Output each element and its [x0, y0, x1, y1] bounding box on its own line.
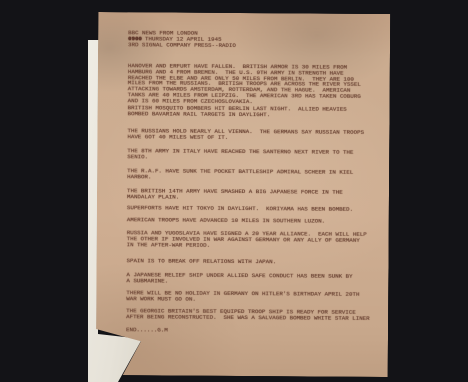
- news-line: AFTER BEING RECONSTRUCTED. SHE WAS A SAL…: [126, 314, 370, 321]
- bulletin-paper: BBC NEWS FROM LONDON 0900THURSDAY 12 APR…: [96, 12, 391, 377]
- news-paragraph: BRITISH MOSQUITO BOMBERS HIT BERLIN LAST…: [128, 105, 347, 118]
- header-line: 3RD SIGNAL COMPANY PRESS--RADIO: [128, 42, 236, 49]
- news-paragraph: AMERICAN TROOPS HAVE ADVANCED 10 MILES I…: [127, 217, 325, 224]
- news-paragraph: THE BRITISH 14TH ARMY HAVE SMASHED A BIG…: [127, 188, 343, 201]
- news-paragraph: SPAIN IS TO BREAK OFF RELATIONS WITH JAP…: [127, 258, 277, 265]
- bulletin-header: BBC NEWS FROM LONDON 0900THURSDAY 12 APR…: [128, 30, 236, 48]
- news-line: AMERICAN TROOPS HAVE ADVANCED 10 MILES I…: [127, 217, 325, 224]
- news-paragraph: SUPERFORTS HAVE HIT TOKYO IN DAYLIGHT. K…: [127, 205, 353, 212]
- news-paragraph: THE RUSSIANS HOLD NEARLY ALL VIENNA. THE…: [127, 128, 364, 141]
- news-line: END......G.M: [126, 327, 168, 333]
- news-paragraph: THE R.A.F. HAVE SUNK THE POCKET BATTLESH…: [127, 168, 353, 181]
- photo-background: { "colors": { "photo_background": "#1313…: [0, 0, 468, 382]
- news-paragraph: HANOVER AND ERFURT HAVE FALLEN. BRITISH …: [128, 63, 361, 105]
- news-line: SUPERFORTS HAVE HIT TOKYO IN DAYLIGHT. K…: [127, 205, 353, 212]
- news-line: SPAIN IS TO BREAK OFF RELATIONS WITH JAP…: [127, 258, 277, 265]
- news-paragraph: THE GEORGIC BRITAIN'S BEST EQUIPED TROOP…: [126, 308, 370, 321]
- news-line: THE 8TH ARMY IN ITALY HAVE REACHED THE S…: [127, 148, 353, 155]
- news-paragraph: RUSSIA AND YUGOSLAVIA HAVE SIGNED A 20 Y…: [127, 230, 367, 249]
- news-paragraph: THERE WILL BE NO HOLIDAY IN GERMANY ON H…: [126, 290, 359, 303]
- news-paragraph: A JAPANESE RELIEF SHIP UNDER ALLIED SAFE…: [126, 272, 352, 285]
- news-paragraph: THE 8TH ARMY IN ITALY HAVE REACHED THE S…: [127, 148, 353, 161]
- news-line: THE R.A.F. HAVE SUNK THE POCKET BATTLESH…: [127, 168, 353, 175]
- end-line: END......G.M: [126, 327, 168, 333]
